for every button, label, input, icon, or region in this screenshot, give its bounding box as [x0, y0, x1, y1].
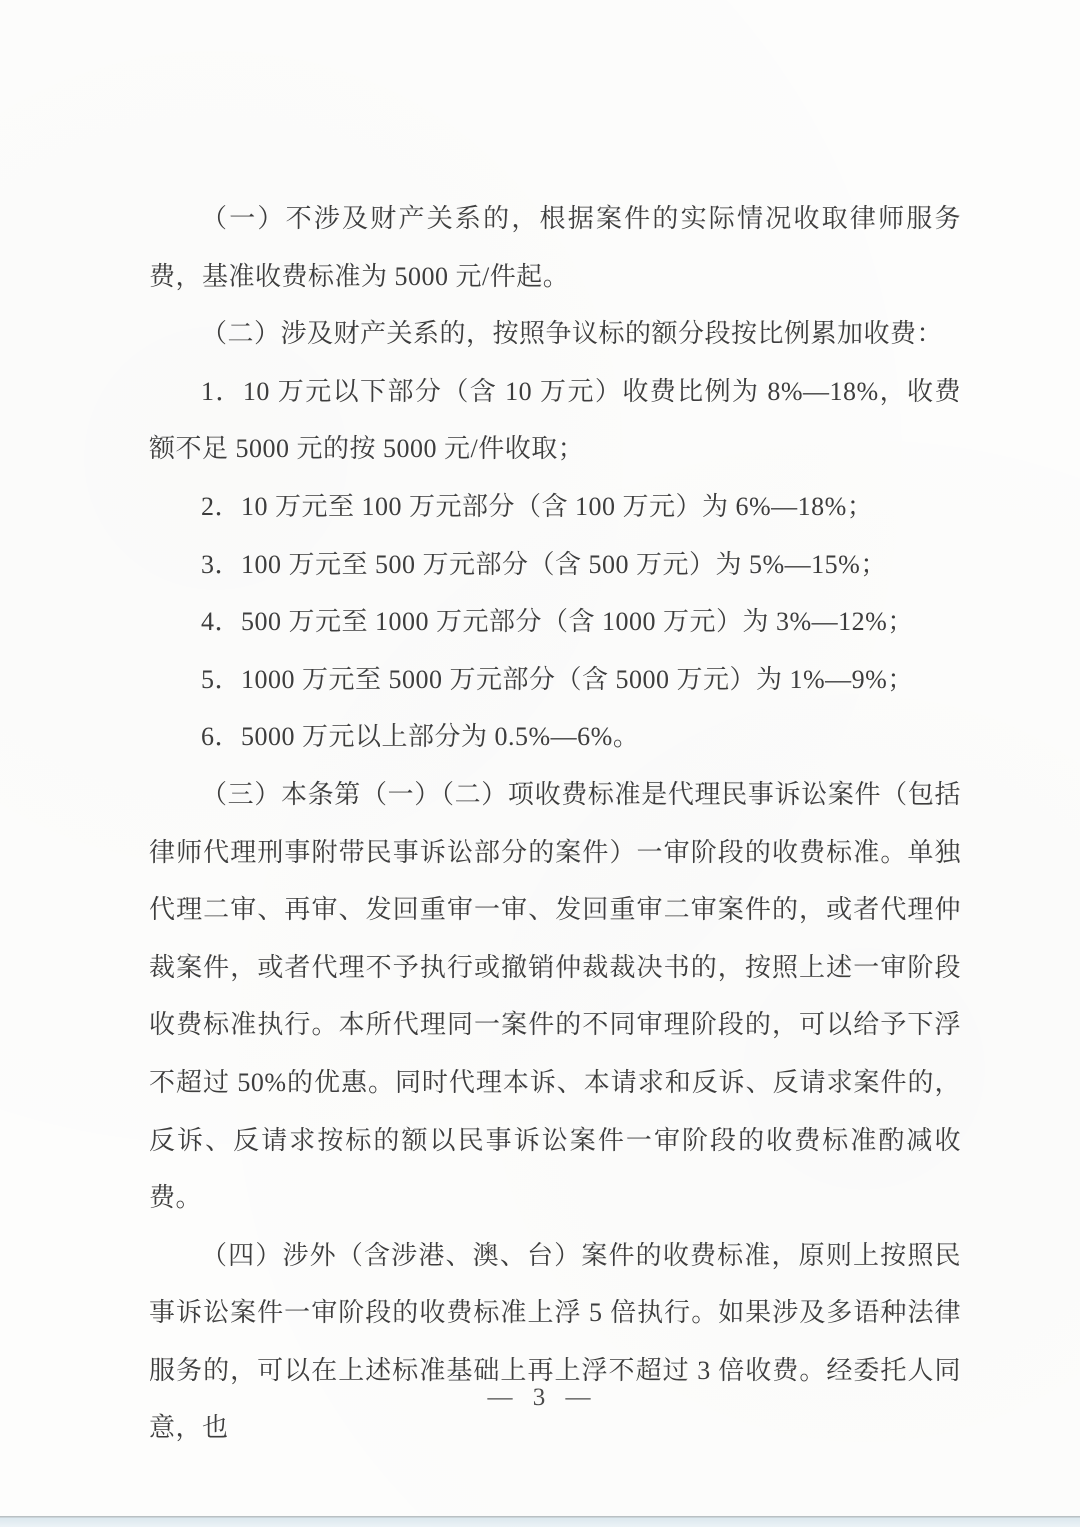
paragraph-tier-4: 4．500 万元至 1000 万元部分（含 1000 万元）为 3%—12%； — [149, 593, 961, 651]
paragraph-tier-2: 2．10 万元至 100 万元部分（含 100 万元）为 6%—18%； — [149, 478, 961, 536]
paragraph-fee-item-2: （二）涉及财产关系的，按照争议标的额分段按比例累加收费： — [149, 305, 961, 363]
paragraph-fee-item-1: （一）不涉及财产关系的，根据案件的实际情况收取律师服务费，基准收费标准为 500… — [149, 190, 961, 305]
paragraph-fee-item-4: （四）涉外（含涉港、澳、台）案件的收费标准，原则上按照民事诉讼案件一审阶段的收费… — [149, 1227, 961, 1457]
paragraph-tier-5: 5．1000 万元至 5000 万元部分（含 5000 万元）为 1%—9%； — [149, 651, 961, 709]
page-number: — 3 — — [0, 1383, 1080, 1413]
document-body-text: （一）不涉及财产关系的，根据案件的实际情况收取律师服务费，基准收费标准为 500… — [149, 190, 961, 1457]
paragraph-tier-3: 3．100 万元至 500 万元部分（含 500 万元）为 5%—15%； — [149, 536, 961, 594]
scan-edge-artifact — [0, 1516, 1080, 1527]
paragraph-fee-item-3: （三）本条第（一）（二）项收费标准是代理民事诉讼案件（包括律师代理刑事附带民事诉… — [149, 766, 961, 1227]
paragraph-tier-6: 6．5000 万元以上部分为 0.5%—6%。 — [149, 708, 961, 766]
document-page: （一）不涉及财产关系的，根据案件的实际情况收取律师服务费，基准收费标准为 500… — [0, 0, 1080, 1527]
paragraph-tier-1: 1．10 万元以下部分（含 10 万元）收费比例为 8%—18%，收费额不足 5… — [149, 363, 961, 478]
